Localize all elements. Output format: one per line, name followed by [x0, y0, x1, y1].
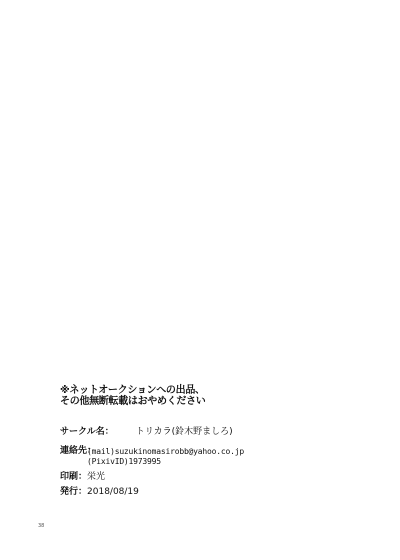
notice-line-1: ※ネットオークションへの出品、: [60, 385, 206, 396]
printer-label: 印刷：: [60, 472, 87, 483]
contact-row: 連絡先： (mail)suzukinomasirobb@yahoo.co.jp …: [60, 446, 96, 457]
page-number: 38: [38, 523, 44, 529]
contact-pixiv-id: (PixivID)1973995: [87, 456, 161, 467]
circle-name-label: サークル名：: [60, 427, 114, 438]
circle-name-row: サークル名：トリカラ(鈴木野ましろ): [60, 427, 233, 438]
document-page: ※ネットオークションへの出品、 その他無断転載はおやめください サークル名：トリ…: [0, 0, 400, 560]
issue-date-row: 発行：2018/08/19: [60, 487, 139, 498]
issue-date-label: 発行：: [60, 487, 87, 498]
notice-line-2: その他無断転載はおやめください: [60, 396, 206, 407]
printer-value: 栄光: [87, 472, 105, 483]
reproduction-notice: ※ネットオークションへの出品、 その他無断転載はおやめください: [60, 385, 206, 407]
printer-row: 印刷：栄光: [60, 472, 105, 483]
circle-name-value: トリカラ(鈴木野ましろ): [136, 427, 233, 438]
issue-date-value: 2018/08/19: [87, 487, 139, 498]
